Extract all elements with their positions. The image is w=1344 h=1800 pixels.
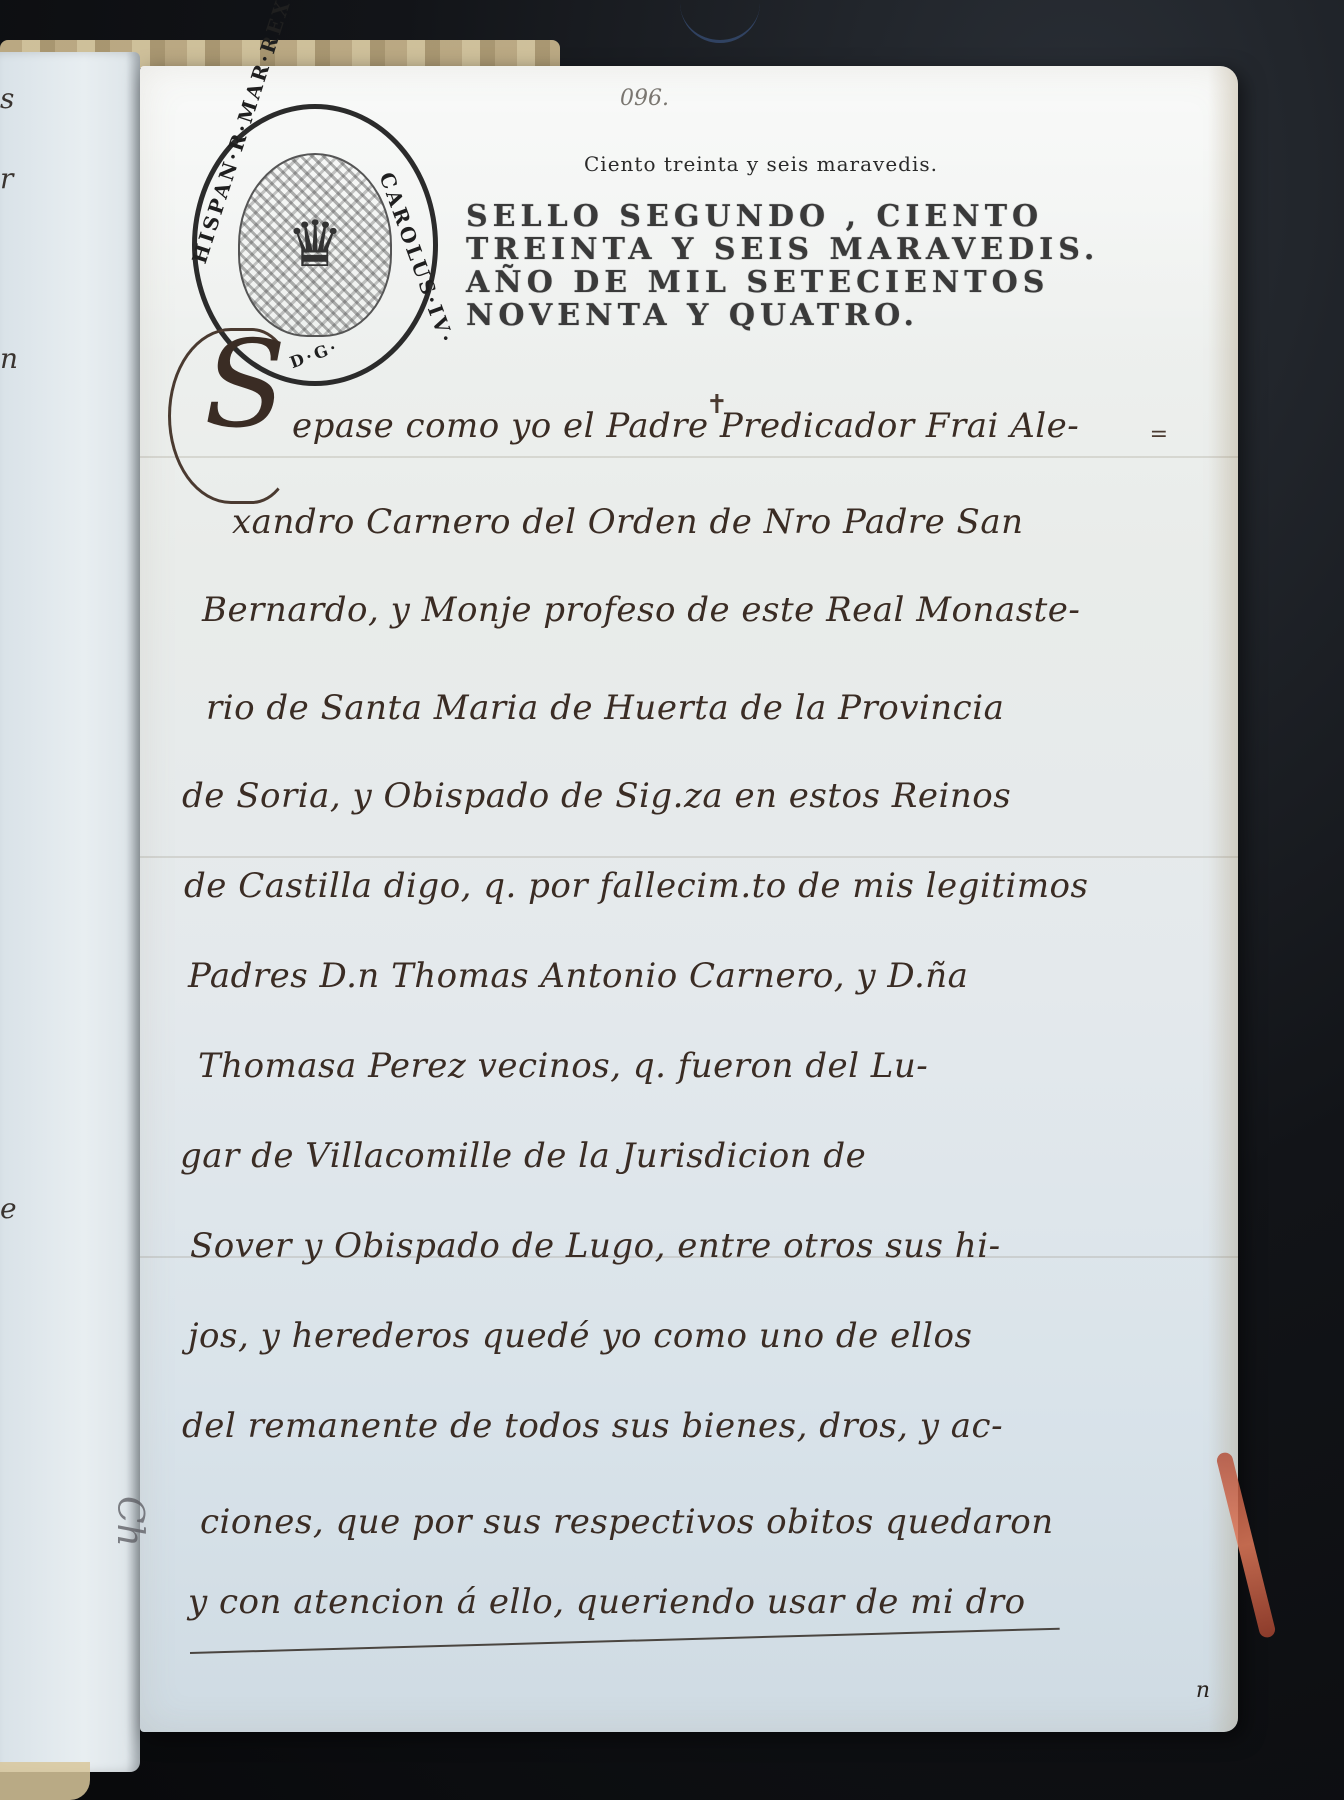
stamp-header-line: SELLO SEGUNDO , CIENTO bbox=[466, 200, 1166, 233]
stamp-header-line: TREINTA Y SEIS MARAVEDIS. bbox=[466, 233, 1166, 266]
margin-mark: = bbox=[1150, 422, 1168, 447]
catchword: n bbox=[1196, 1678, 1210, 1703]
manuscript-page: 096. ♛ HISPAN·R·MAR·REX. CAROLUS·IV· D·G… bbox=[140, 66, 1238, 1732]
background-cable bbox=[680, 0, 760, 43]
margin-annotation: Ch bbox=[109, 1496, 150, 1547]
left-page-fragment: e bbox=[0, 1192, 17, 1225]
left-page-bottom-edge bbox=[0, 1762, 90, 1800]
stamp-header: SELLO SEGUNDO , CIENTO TREINTA Y SEIS MA… bbox=[466, 200, 1166, 332]
coat-of-arms-icon: ♛ bbox=[238, 153, 392, 337]
stamp-price-line: Ciento treinta y seis maravedis. bbox=[584, 152, 938, 176]
closing-rule-line bbox=[190, 1628, 1060, 1654]
stamp-header-line: AÑO DE MIL SETECIENTOS bbox=[466, 266, 1166, 299]
folio-number: 096. bbox=[620, 86, 669, 111]
left-page-fragment: s bbox=[0, 82, 14, 115]
handwritten-line: rio de Santa Maria de Huerta de la Provi… bbox=[206, 688, 1004, 728]
handwritten-line: de Soria, y Obispado de Sig.za en estos … bbox=[182, 776, 1011, 816]
handwritten-line: Sover y Obispado de Lugo, entre otros su… bbox=[190, 1226, 1001, 1266]
seal-legend-bottom: D·G· bbox=[287, 337, 341, 372]
fold-crease bbox=[140, 856, 1238, 858]
fold-crease bbox=[140, 456, 1238, 458]
left-page-fragment: r bbox=[0, 162, 13, 195]
decorative-initial-letter: S bbox=[204, 326, 286, 446]
handwritten-line: Padres D.n Thomas Antonio Carnero, y D.ñ… bbox=[188, 956, 968, 996]
handwritten-line: del remanente de todos sus bienes, dros,… bbox=[182, 1406, 1003, 1446]
handwritten-line: xandro Carnero del Orden de Nro Padre Sa… bbox=[232, 502, 1024, 542]
handwritten-line: de Castilla digo, q. por fallecim.to de … bbox=[184, 866, 1088, 906]
handwritten-line: jos, y herederos quedé yo como uno de el… bbox=[188, 1316, 972, 1356]
left-page-fragment: n bbox=[0, 342, 18, 375]
handwritten-line: ciones, que por sus respectivos obitos q… bbox=[200, 1502, 1054, 1542]
handwritten-line: gar de Villacomille de la Jurisdicion de bbox=[180, 1136, 866, 1176]
handwritten-line: Bernardo, y Monje profeso de este Real M… bbox=[202, 590, 1080, 630]
handwritten-line: Thomasa Perez vecinos, q. fueron del Lu- bbox=[198, 1046, 928, 1086]
handwritten-line: y con atencion á ello, queriendo usar de… bbox=[188, 1582, 1026, 1622]
stamp-header-line: NOVENTA Y QUATRO. bbox=[466, 299, 1166, 332]
handwritten-line: epase como yo el Padre Predicador Frai A… bbox=[292, 406, 1079, 446]
